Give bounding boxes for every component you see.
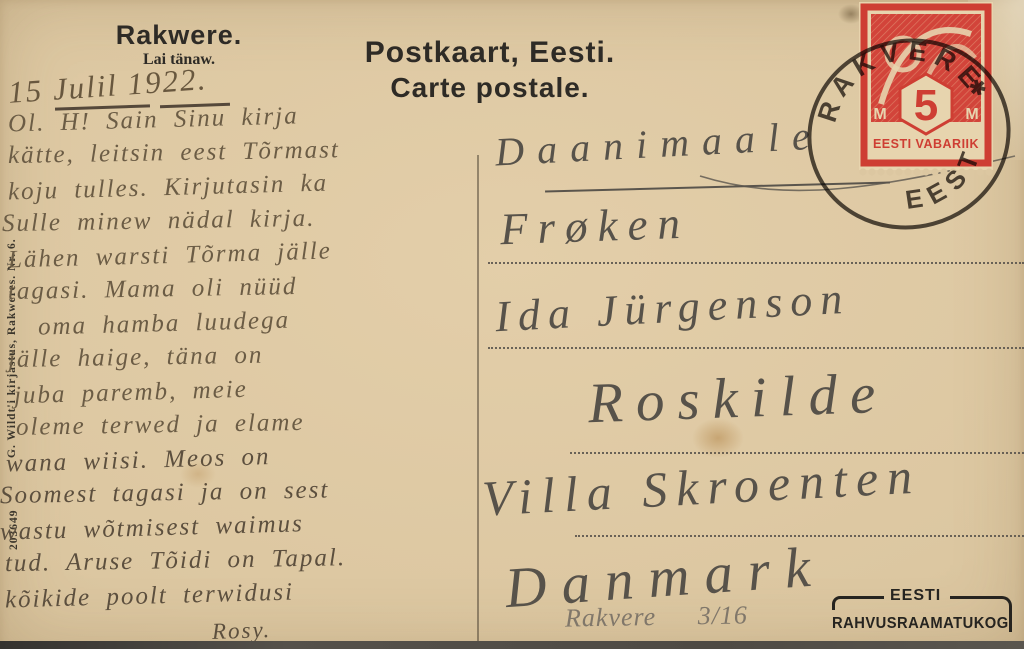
postmark-town: RAKVERE xyxy=(797,28,994,139)
address-title: Frøken xyxy=(499,197,691,256)
address-dotted-line xyxy=(488,347,1024,349)
postmark-circle: RAKVERE ✱ EESTI xyxy=(793,28,1024,240)
library-stamp: EESTI RAHVUSRAAMATUKOGI xyxy=(832,584,1024,644)
pencil-note: Rakvere 3/16 xyxy=(565,600,748,633)
library-stamp-country: EESTI xyxy=(890,587,941,605)
address-city: Roskilde xyxy=(587,361,889,436)
postcard-scan: Rakwere. Lai tänaw. Postkaart, Eesti. Ca… xyxy=(0,0,1024,649)
svg-text:RAKVERE: RAKVERE xyxy=(797,28,994,139)
library-stamp-name: RAHVUSRAAMATUKOGI xyxy=(832,615,1013,633)
postcard-header-estonian: Postkaart, Eesti. xyxy=(320,36,660,70)
postcard-header-french: Carte postale. xyxy=(320,72,660,104)
address-name: Ida Jürgenson xyxy=(494,273,852,343)
address-dotted-line xyxy=(488,262,1024,264)
library-stamp-left-bracket xyxy=(832,596,884,610)
message-block: Ol. H! Sain Sinu kirja kätte, leitsin ee… xyxy=(0,104,480,614)
address-divider-line xyxy=(477,155,479,649)
caption-town-title: Rakwere. xyxy=(104,20,254,51)
address-villa: Villa Skroenten xyxy=(481,447,923,528)
